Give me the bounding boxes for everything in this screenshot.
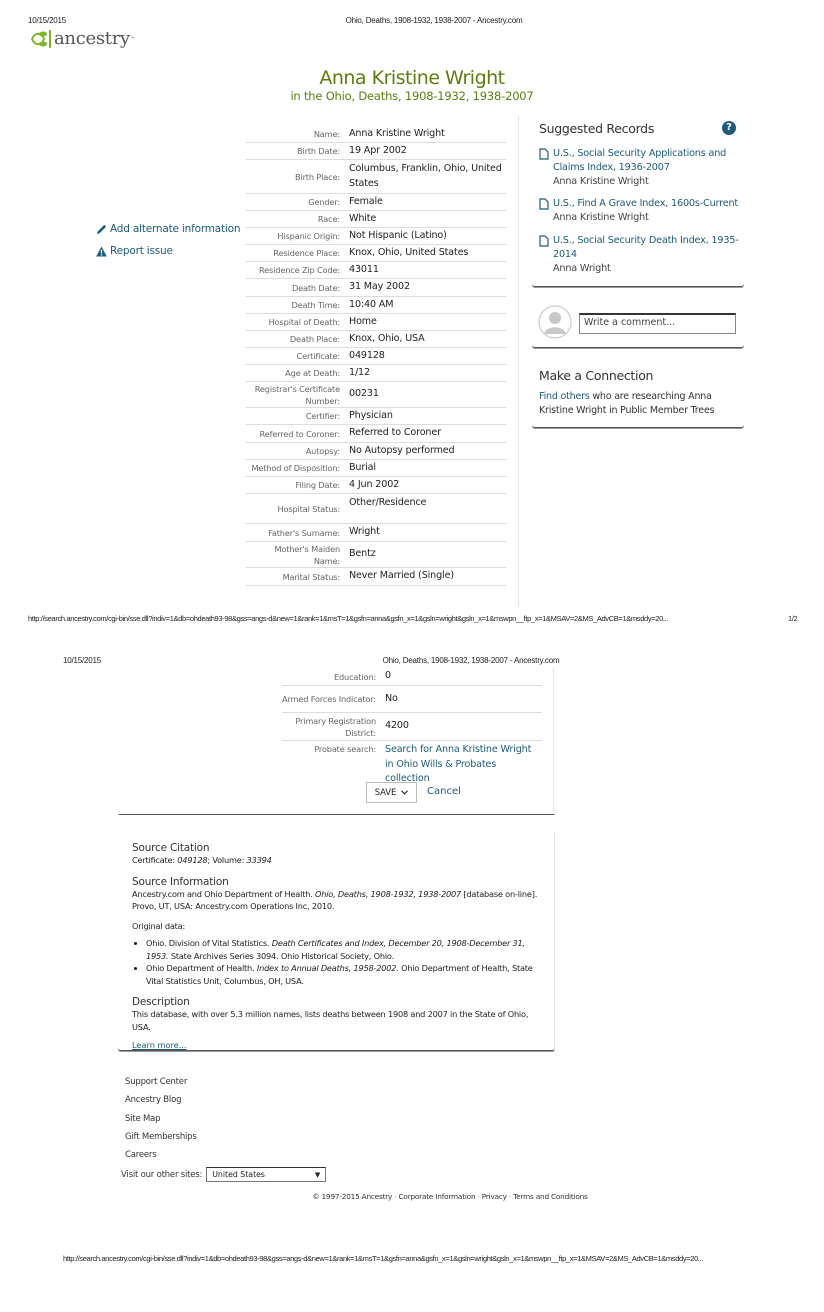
record-row: Certificate:049128	[246, 348, 506, 365]
avatar-placeholder-icon	[538, 305, 572, 339]
report-issue-label: Report issue	[110, 245, 173, 257]
print-title: Ohio, Deaths, 1908-1932, 1938-2007 - Anc…	[0, 16, 824, 25]
record-field-label: Armed Forces Indicator:	[282, 686, 382, 712]
record-row: Father's Surname:Wright	[246, 524, 506, 542]
copyright-text: © 1997-2015 Ancestry	[312, 1192, 392, 1201]
copyright-line: © 1997-2015 Ancestry · Corporate Informa…	[0, 1192, 824, 1201]
record-field-label: Race:	[246, 211, 346, 227]
record-row: Registrar's Certificate Number:00231	[246, 382, 506, 408]
suggested-record-item[interactable]: U.S., Find A Grave Index, 1600s-CurrentA…	[539, 197, 739, 225]
record-field-value: Knox, Ohio, United States	[346, 245, 504, 261]
record-row: Death Time:10:40 AM	[246, 297, 506, 314]
record-field-label: Death Date:	[246, 279, 346, 296]
make-connection-card: Make a Connection Find others who are re…	[532, 358, 744, 428]
cancel-button[interactable]: Cancel	[427, 786, 461, 797]
record-row: Probate search:Search for Anna Kristine …	[282, 741, 542, 779]
record-row: Mother's Maiden Name:Bentz	[246, 542, 506, 568]
dropdown-arrow-icon: ▼	[315, 1171, 320, 1179]
record-field-value: Never Married (Single)	[346, 568, 504, 585]
record-field-value: White	[346, 211, 504, 227]
record-field-value: Bentz	[346, 542, 504, 567]
record-field-label: Primary Registration District:	[282, 713, 382, 740]
record-row: Hispanic Origin:Not Hispanic (Latino)	[246, 228, 506, 245]
record-field-label: Certificate:	[246, 348, 346, 364]
original-data-item: Ohio Department of Health. Index to Annu…	[146, 962, 547, 987]
original-data-item: Ohio. Division of Vital Statistics. Deat…	[146, 937, 547, 962]
record-field-label: Probate search:	[282, 741, 382, 779]
chevron-down-icon	[401, 790, 408, 795]
record-row: Race:White	[246, 211, 506, 228]
record-row: Death Place:Knox, Ohio, USA	[246, 331, 506, 348]
help-icon[interactable]: ?	[722, 121, 736, 135]
record-row: Name:Anna Kristine Wright	[246, 126, 506, 143]
suggested-record-link[interactable]: U.S., Social Security Applications and C…	[553, 147, 739, 175]
suggested-record-name: Anna Kristine Wright	[553, 211, 738, 225]
make-connection-text: Find others who are researching Anna Kri…	[539, 390, 739, 418]
record-field-value: 1/12	[346, 365, 504, 381]
print-url: http://search.ancestry.com/cgi-bin/sse.d…	[28, 614, 668, 623]
record-field-label: Gender:	[246, 194, 346, 210]
suggested-record-item[interactable]: U.S., Social Security Death Index, 1935-…	[539, 234, 739, 276]
learn-more-link[interactable]: Learn more...	[132, 1040, 187, 1050]
record-field-label: Residence Zip Code:	[246, 262, 346, 278]
legal-link[interactable]: Privacy	[482, 1192, 507, 1201]
record-row: Filing Date:4 Jun 2002	[246, 477, 506, 494]
record-row: Age at Death:1/12	[246, 365, 506, 382]
record-row: Referred to Coroner:Referred to Coroner	[246, 425, 506, 443]
source-information-text: Ancestry.com and Ohio Department of Heal…	[132, 888, 547, 913]
column-divider-2	[553, 668, 554, 812]
print-url-2: http://search.ancestry.com/cgi-bin/sse.d…	[63, 1254, 703, 1263]
record-field-value: Burial	[346, 460, 504, 476]
record-field-label: Birth Date:	[246, 143, 346, 159]
record-field-label: Registrar's Certificate Number:	[246, 382, 346, 407]
other-sites-label: Visit our other sites:	[121, 1170, 202, 1180]
record-field-value: 19 Apr 2002	[346, 143, 504, 159]
separator-dot: ·	[478, 1192, 480, 1201]
record-row: Residence Zip Code:43011	[246, 262, 506, 279]
comment-card: Write a comment...	[532, 298, 744, 348]
record-field-label: Father's Surname:	[246, 524, 346, 541]
page-number: 1/2	[788, 614, 797, 623]
record-field-label: Hospital Status:	[246, 494, 346, 523]
find-others-link[interactable]: Find others	[539, 391, 590, 402]
record-row: Gender:Female	[246, 194, 506, 211]
other-sites-selected: United States	[212, 1170, 265, 1179]
save-button[interactable]: SAVE	[366, 782, 417, 803]
original-data-list: Ohio. Division of Vital Statistics. Deat…	[132, 937, 547, 987]
footer-link[interactable]: Site Map	[125, 1114, 160, 1124]
suggested-record-name: Anna Wright	[553, 262, 739, 276]
record-row: Death Date:31 May 2002	[246, 279, 506, 297]
description-text: This database, with over 5.3 million nam…	[132, 1008, 547, 1033]
record-field-label: Autopsy:	[246, 443, 346, 459]
suggested-record-name: Anna Kristine Wright	[553, 175, 739, 189]
footer-link[interactable]: Ancestry Blog	[125, 1095, 181, 1105]
probate-search-link[interactable]: Search for Anna Kristine Wright in Ohio …	[385, 743, 540, 787]
suggested-record-item[interactable]: U.S., Social Security Applications and C…	[539, 147, 739, 189]
logo-trademark: ™	[130, 36, 135, 42]
save-button-label: SAVE	[375, 788, 397, 798]
source-card: Source Citation Certificate: 049128; Vol…	[118, 832, 555, 1051]
description-title: Description	[132, 996, 547, 1008]
other-sites-select[interactable]: United States ▼	[206, 1167, 326, 1182]
record-field-value: Physician	[346, 408, 504, 424]
record-field-value: Referred to Coroner	[346, 425, 504, 442]
record-field-value: 10:40 AM	[346, 297, 504, 313]
record-field-value: Wright	[346, 524, 504, 541]
add-alternate-info-label: Add alternate information	[110, 223, 240, 235]
footer-link[interactable]: Support Center	[125, 1077, 187, 1087]
record-field-label: Mother's Maiden Name:	[246, 542, 346, 567]
record-row: Certifier:Physician	[246, 408, 506, 425]
record-field-label: Hospital of Death:	[246, 314, 346, 330]
record-field-value: Knox, Ohio, USA	[346, 331, 504, 347]
source-citation-text: Certificate: 049128; Volume: 33394	[132, 854, 547, 867]
comment-input[interactable]: Write a comment...	[579, 313, 736, 334]
record-row: Armed Forces Indicator:No	[282, 686, 542, 713]
footer-link[interactable]: Careers	[125, 1150, 156, 1160]
suggested-record-link[interactable]: U.S., Social Security Death Index, 1935-…	[553, 234, 739, 262]
record-field-value: Not Hispanic (Latino)	[346, 228, 504, 244]
record-field-label: Residence Place:	[246, 245, 346, 261]
record-field-value: No	[382, 686, 540, 712]
record-row: Education:0	[282, 668, 542, 686]
logo-wordmark: ancestry	[54, 28, 130, 49]
record-field-value: No Autopsy performed	[346, 443, 504, 459]
ancestry-logo[interactable]: ancestry ™	[30, 28, 135, 49]
record-field-label: Referred to Coroner:	[246, 425, 346, 442]
collection-subtitle: in the Ohio, Deaths, 1908-1932, 1938-200…	[0, 89, 824, 103]
record-field-label: Method of Disposition:	[246, 460, 346, 476]
source-information-title: Source Information	[132, 876, 547, 888]
make-connection-title: Make a Connection	[539, 368, 653, 383]
column-divider	[518, 116, 519, 606]
record-row: Hospital Status:Other/Residence	[246, 494, 506, 524]
record-field-value: Anna Kristine Wright	[346, 126, 504, 142]
other-sites-row: Visit our other sites: United States ▼	[121, 1167, 326, 1182]
record-row: Autopsy:No Autopsy performed	[246, 443, 506, 460]
record-field-label: Marital Status:	[246, 568, 346, 585]
legal-link[interactable]: Corporate Information	[399, 1192, 476, 1201]
source-citation-title: Source Citation	[132, 842, 547, 854]
record-field-value: 049128	[346, 348, 504, 364]
record-field-label: Name:	[246, 126, 346, 142]
warning-icon	[96, 246, 107, 257]
suggested-record-link[interactable]: U.S., Find A Grave Index, 1600s-Current	[553, 197, 738, 211]
record-field-value: Female	[346, 194, 504, 210]
record-field-label: Filing Date:	[246, 477, 346, 493]
record-field-value: 31 May 2002	[346, 279, 504, 296]
record-field-value: 4200	[382, 713, 540, 740]
add-alternate-info-link[interactable]: Add alternate information	[96, 223, 240, 235]
record-field-value: 4 Jun 2002	[346, 477, 504, 493]
legal-link[interactable]: Terms and Conditions	[513, 1192, 587, 1201]
suggested-records-title: Suggested Records	[539, 121, 654, 136]
record-row: Marital Status:Never Married (Single)	[246, 568, 506, 586]
record-row: Method of Disposition:Burial	[246, 460, 506, 477]
document-icon	[539, 148, 549, 160]
original-data-label: Original data:	[132, 920, 547, 933]
record-field-label: Death Place:	[246, 331, 346, 347]
record-row: Hospital of Death:Home	[246, 314, 506, 331]
record-field-label: Certifier:	[246, 408, 346, 424]
record-row: Residence Place:Knox, Ohio, United State…	[246, 245, 506, 262]
record-row: Primary Registration District:4200	[282, 713, 542, 741]
separator-dot: ·	[394, 1192, 396, 1201]
suggested-records-card: Suggested Records ? U.S., Social Securit…	[532, 114, 744, 287]
record-card-bottom	[118, 813, 555, 815]
document-icon	[539, 198, 549, 210]
record-field-value: 0	[382, 668, 540, 685]
record-row: Birth Date:19 Apr 2002	[246, 143, 506, 160]
record-row: Birth Place:Columbus, Franklin, Ohio, Un…	[246, 160, 506, 194]
record-field-value: 43011	[346, 262, 504, 278]
record-field-label: Age at Death:	[246, 365, 346, 381]
document-icon	[539, 235, 549, 247]
record-field-value: Home	[346, 314, 504, 330]
report-issue-link[interactable]: Report issue	[96, 245, 173, 257]
footer-link[interactable]: Gift Memberships	[125, 1132, 197, 1142]
separator-dot: ·	[509, 1192, 511, 1201]
record-field-value: 00231	[346, 382, 504, 407]
page-title: Anna Kristine Wright	[0, 67, 824, 89]
record-field-label: Death Time:	[246, 297, 346, 313]
record-field-value: Other/Residence	[346, 494, 504, 523]
record-field-value: Columbus, Franklin, Ohio, United States	[346, 160, 504, 193]
record-field-label: Birth Place:	[246, 160, 346, 193]
leaf-icon	[30, 29, 54, 49]
record-field-label: Hispanic Origin:	[246, 228, 346, 244]
print-title-2: Ohio, Deaths, 1908-1932, 1938-2007 - Anc…	[0, 656, 824, 665]
record-field-label: Education:	[282, 668, 382, 685]
pencil-icon	[96, 224, 107, 235]
record-field-value: Search for Anna Kristine Wright in Ohio …	[382, 741, 540, 779]
